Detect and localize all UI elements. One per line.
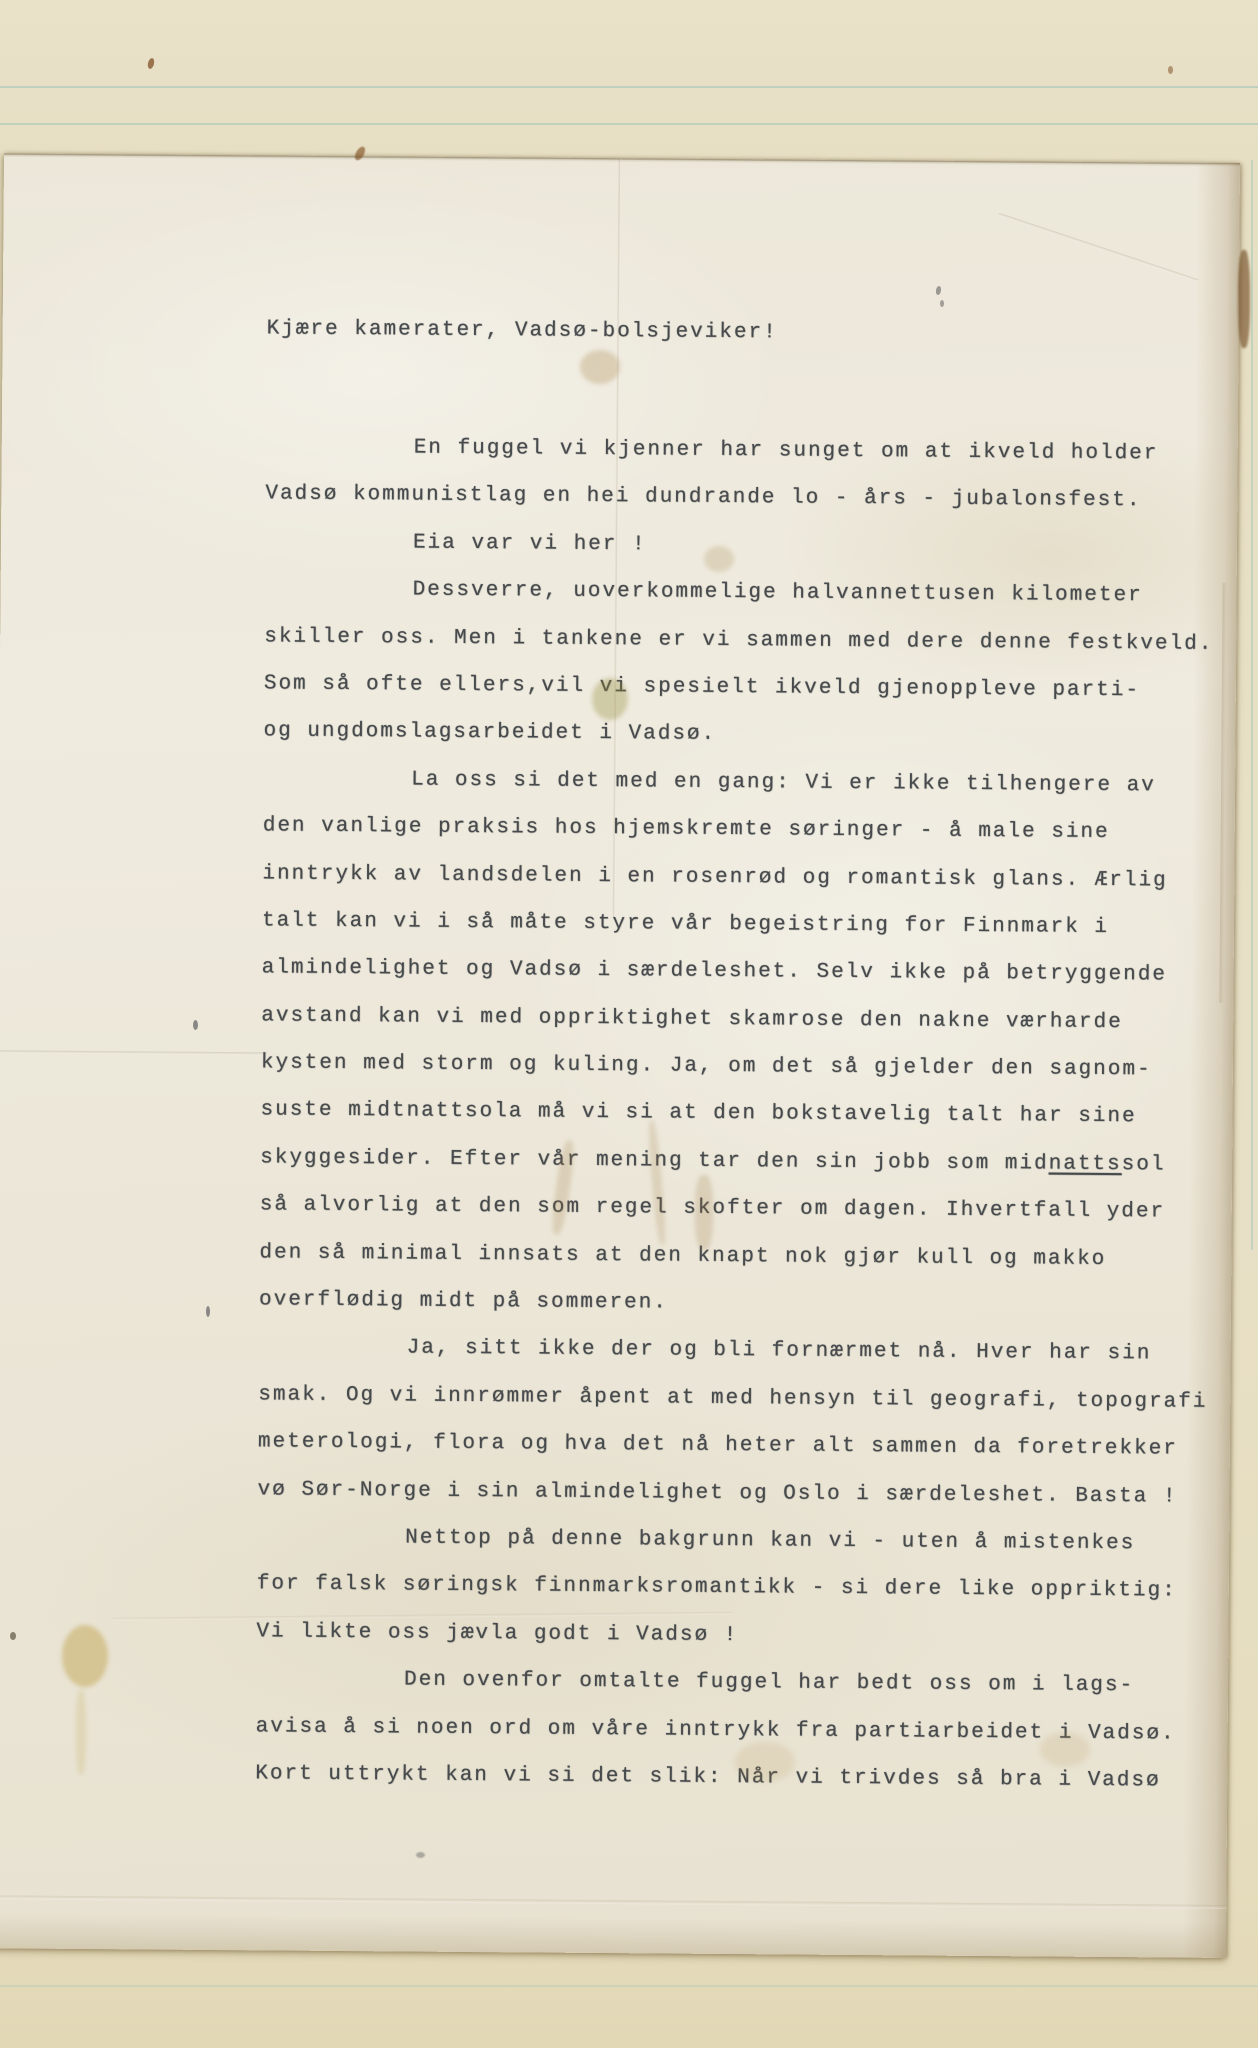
ruled-line-bottom xyxy=(0,1985,1258,1987)
album-margin-line xyxy=(1251,160,1253,1250)
letter-line-0: En fuggel vi kjenner har sunget om at ik… xyxy=(266,423,1215,478)
letter-line-16: så alvorlig at den som regel skofter om … xyxy=(260,1182,1209,1237)
letter-line-1: Vadsø kommunistlag en hei dundrande lo -… xyxy=(265,471,1214,526)
letter-line-25: Vi likte oss jævla godt i Vadsø ! xyxy=(256,1608,1205,1663)
letter-line-10: talt kan vi i så måte styre vår begeistr… xyxy=(262,897,1211,952)
letter-line-24: for falsk søringsk finnmarksromantikk - … xyxy=(257,1561,1206,1616)
letter-line-28: Kort uttrykt kan vi si det slik: Når vi … xyxy=(255,1750,1204,1805)
stain-right-edge-streak xyxy=(1238,250,1250,348)
letter-line-5: Som så ofte ellers,vil vi spesielt ikvel… xyxy=(264,660,1213,715)
letter-line-14: suste midtnattsola må vi si at den bokst… xyxy=(260,1087,1209,1142)
letter-line-11: almindelighet og Vadsø i særdeleshet. Se… xyxy=(261,945,1210,1000)
letter-line-26: Den ovenfor omtalte fuggel har bedt oss … xyxy=(256,1655,1205,1710)
letter-heading: Kjære kamerater, Vadsø-bolsjeviker! xyxy=(266,305,777,356)
letter-line-13: kysten med storm og kuling. Ja, om det s… xyxy=(261,1039,1210,1094)
crease-top-right xyxy=(998,213,1198,282)
letter-line-15: skyggesider. Efter vår mening tar den si… xyxy=(260,1134,1209,1189)
letter-line-27: avisa å si noen ord om våre inntrykk fra… xyxy=(256,1703,1205,1758)
letter-line-4: skiller oss. Men i tankene er vi sammen … xyxy=(264,613,1213,668)
letter-line-7: La oss si det med en gang: Vi er ikke ti… xyxy=(263,755,1212,810)
letter-line-23: Nettop på denne bakgrunn kan vi - uten å… xyxy=(257,1513,1206,1568)
letter-line-21: meterologi, flora og hva det nå heter al… xyxy=(258,1419,1207,1474)
fleck-1 xyxy=(147,57,155,69)
letter-line-17: den så minimal innsats at den knapt nok … xyxy=(259,1229,1208,1284)
letter-body: En fuggel vi kjenner har sunget om at ik… xyxy=(255,423,1215,1805)
letter-sheet: Kjære kamerater, Vadsø-bolsjeviker! En f… xyxy=(0,153,1240,1958)
scanned-letter-page: Kjære kamerater, Vadsø-bolsjeviker! En f… xyxy=(0,0,1258,2048)
letter-line-19: Ja, sitt ikke der og bli fornærmet nå. H… xyxy=(258,1324,1207,1379)
letter-line-12: avstand kan vi med oppriktighet skamrose… xyxy=(261,992,1210,1047)
crease-bottom xyxy=(0,1895,1226,1909)
letter-line-9: inntrykk av landsdelen i en rosenrød og … xyxy=(262,850,1211,905)
letter-line-3: Dessverre, uoverkommelige halvannettusen… xyxy=(264,566,1213,621)
letter-line-6: og ungdomslagsarbeidet i Vadsø. xyxy=(263,708,1212,763)
letter-line-2: Eia var vi her ! xyxy=(265,518,1214,573)
letter-line-22: vø Sør-Norge i sin almindelighet og Oslo… xyxy=(257,1466,1206,1521)
ruled-line-top-2 xyxy=(0,123,1258,125)
crease-right-edge xyxy=(1219,583,1226,1003)
ruled-line-top-1 xyxy=(0,86,1258,88)
letter-line-18: overflødig midt på sommeren. xyxy=(259,1276,1208,1331)
fleck-8 xyxy=(1168,66,1173,74)
letter-line-20: smak. Og vi innrømmer åpent at med hensy… xyxy=(258,1371,1207,1426)
crease-left xyxy=(0,1050,267,1055)
letter-line-8: den vanlige praksis hos hjemskremte søri… xyxy=(263,802,1212,857)
